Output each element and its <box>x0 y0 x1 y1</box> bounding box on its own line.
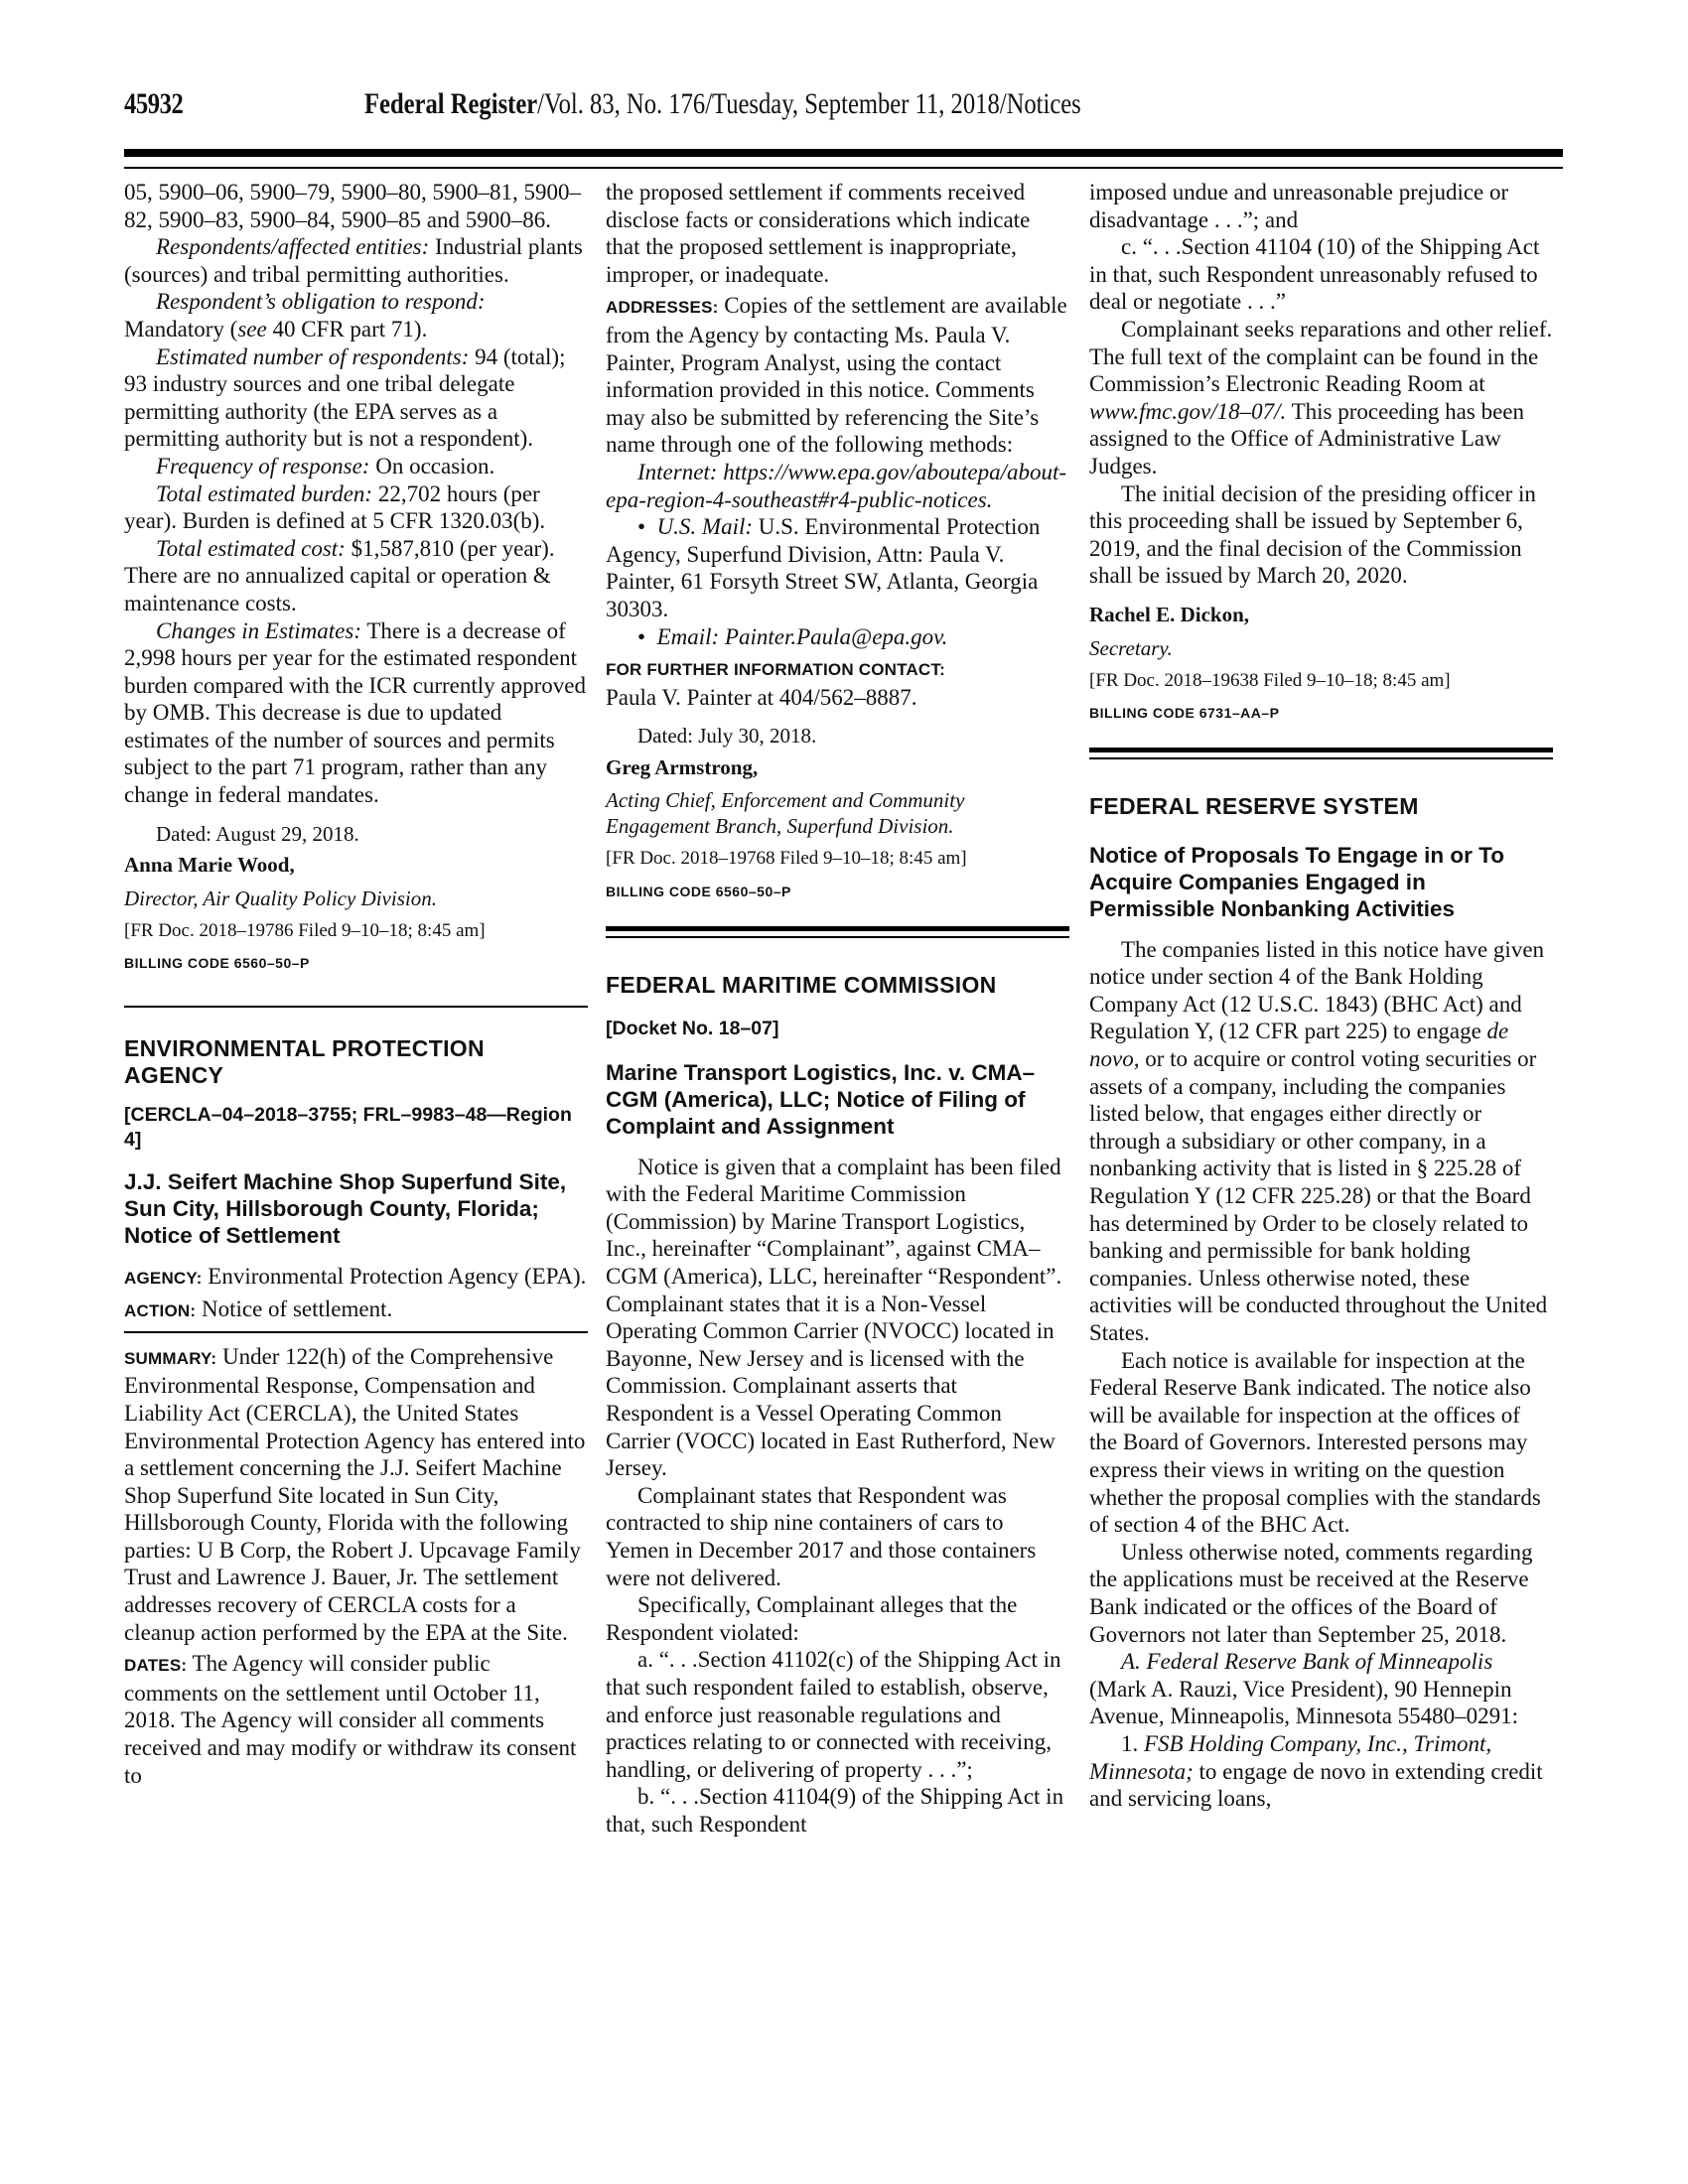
companies-para: The companies listed in this notice have… <box>1089 936 1553 1347</box>
header-rule-thick <box>124 149 1563 157</box>
respondent-count-para: Estimated number of respondents: 94 (tot… <box>124 343 588 453</box>
docket-number: [CERCLA–04–2018–3755; FRL–9983–48—Region… <box>124 1103 588 1153</box>
issue-info: /Vol. 83, No. 176/Tuesday, September 11,… <box>537 87 1081 120</box>
agency-heading: ENVIRONMENTAL PROTECTION AGENCY <box>124 1035 588 1089</box>
states-para: Complainant states that Respondent was c… <box>606 1482 1069 1591</box>
signer-title: Director, Air Quality Policy Division. <box>124 886 588 911</box>
addresses-para: ADDRESSES: Copies of the settlement are … <box>606 292 1069 459</box>
unless-para: Unless otherwise noted, comments regardi… <box>1089 1539 1553 1648</box>
seeks-para: Complainant seeks reparations and other … <box>1089 316 1553 480</box>
violation-c: c. “. . .Section 41104 (10) of the Shipp… <box>1089 233 1553 316</box>
dates-para: DATES: The Agency will consider public c… <box>124 1650 588 1789</box>
document-title: Notice of Proposals To Engage in or To A… <box>1089 842 1553 922</box>
mail-item: • U.S. Mail: U.S. Environmental Protecti… <box>606 513 1069 622</box>
page-number: 45932 <box>124 87 183 121</box>
signer-name: Greg Armstrong, <box>606 754 1069 782</box>
company-item-1: 1. FSB Holding Company, Inc., Trimont, M… <box>1089 1730 1553 1813</box>
fr-doc-line: [FR Doc. 2018–19786 Filed 9–10–18; 8:45 … <box>124 917 588 945</box>
respondents-para: Respondents/affected entities: Industria… <box>124 233 588 288</box>
publication-title: Federal Register <box>364 87 537 120</box>
document-title: J.J. Seifert Machine Shop Superfund Site… <box>124 1168 588 1249</box>
agency-divider <box>606 926 1069 938</box>
notice-para: Notice is given that a complaint has bee… <box>606 1154 1069 1482</box>
agency-heading: FEDERAL RESERVE SYSTEM <box>1089 793 1553 820</box>
fmc-link[interactable]: www.fmc.gov/18–07/. <box>1089 399 1286 424</box>
burden-para: Total estimated burden: 22,702 hours (pe… <box>124 480 588 535</box>
agency-heading: FEDERAL MARITIME COMMISSION <box>606 972 1069 999</box>
dated-line: Dated: August 29, 2018. <box>124 821 588 849</box>
each-notice-para: Each notice is available for inspection … <box>1089 1347 1553 1539</box>
signer-title: Secretary. <box>1089 635 1553 661</box>
bullet-icon: • <box>637 624 645 649</box>
changes-para: Changes in Estimates: There is a decreas… <box>124 617 588 809</box>
document-title: Marine Transport Logistics, Inc. v. CMA–… <box>606 1059 1069 1140</box>
running-header: 45932 Federal Register/Vol. 83, No. 176/… <box>124 87 1563 127</box>
signer-name: Rachel E. Dickon, <box>1089 602 1553 629</box>
frequency-para: Frequency of response: On occasion. <box>124 453 588 480</box>
violation-a: a. “. . .Section 41102(c) of the Shippin… <box>606 1646 1069 1783</box>
internet-link[interactable]: Internet: https://www.epa.gov/aboutepa/a… <box>606 459 1069 513</box>
initial-decision-para: The initial decision of the presiding of… <box>1089 480 1553 590</box>
violation-b-continuation: imposed undue and unreasonable prejudice… <box>1089 179 1553 233</box>
billing-code: BILLING CODE 6731–AA–P <box>1089 700 1553 728</box>
preamble-divider <box>124 1331 588 1333</box>
signer-name: Anna Marie Wood, <box>124 852 588 880</box>
signer-title: Acting Chief, Enforcement and Community … <box>606 787 1069 839</box>
cost-para: Total estimated cost: $1,587,810 (per ye… <box>124 535 588 617</box>
obligation-para: Respondent’s obligation to respond: Mand… <box>124 288 588 342</box>
form-numbers: 05, 5900–06, 5900–79, 5900–80, 5900–81, … <box>124 179 588 233</box>
reserve-bank-para: A. Federal Reserve Bank of Minneapolis (… <box>1089 1648 1553 1730</box>
action-line: ACTION: Notice of settlement. <box>124 1296 588 1325</box>
docket-number: [Docket No. 18–07] <box>606 1017 1069 1041</box>
dated-line: Dated: July 30, 2018. <box>606 723 1069 751</box>
column-2: the proposed settlement if comments rece… <box>606 179 1069 1839</box>
settlement-continuation: the proposed settlement if comments rece… <box>606 179 1069 288</box>
contact-para: FOR FURTHER INFORMATION CONTACT:Paula V.… <box>606 654 1069 711</box>
header-rule-thin <box>124 167 1563 169</box>
publication-line: Federal Register/Vol. 83, No. 176/Tuesda… <box>364 87 1081 121</box>
bullet-icon: • <box>637 514 645 539</box>
fr-doc-line: [FR Doc. 2018–19638 Filed 9–10–18; 8:45 … <box>1089 667 1553 695</box>
column-1: 05, 5900–06, 5900–79, 5900–80, 5900–81, … <box>124 179 588 1789</box>
section-divider <box>124 1006 588 1008</box>
violation-b: b. “. . .Section 41104(9) of the Shippin… <box>606 1783 1069 1838</box>
agency-divider <box>1089 748 1553 759</box>
summary-para: SUMMARY: Under 122(h) of the Comprehensi… <box>124 1343 588 1647</box>
billing-code: BILLING CODE 6560–50–P <box>606 879 1069 906</box>
fr-doc-line: [FR Doc. 2018–19768 Filed 9–10–18; 8:45 … <box>606 845 1069 873</box>
billing-code: BILLING CODE 6560–50–P <box>124 950 588 978</box>
email-item: • Email: Painter.Paula@epa.gov. <box>606 623 1069 651</box>
specifically-para: Specifically, Complainant alleges that t… <box>606 1591 1069 1646</box>
email-link[interactable]: Email: Painter.Paula@epa.gov. <box>657 624 948 649</box>
column-3: imposed undue and unreasonable prejudice… <box>1089 179 1553 1813</box>
agency-line: AGENCY: Environmental Protection Agency … <box>124 1263 588 1293</box>
